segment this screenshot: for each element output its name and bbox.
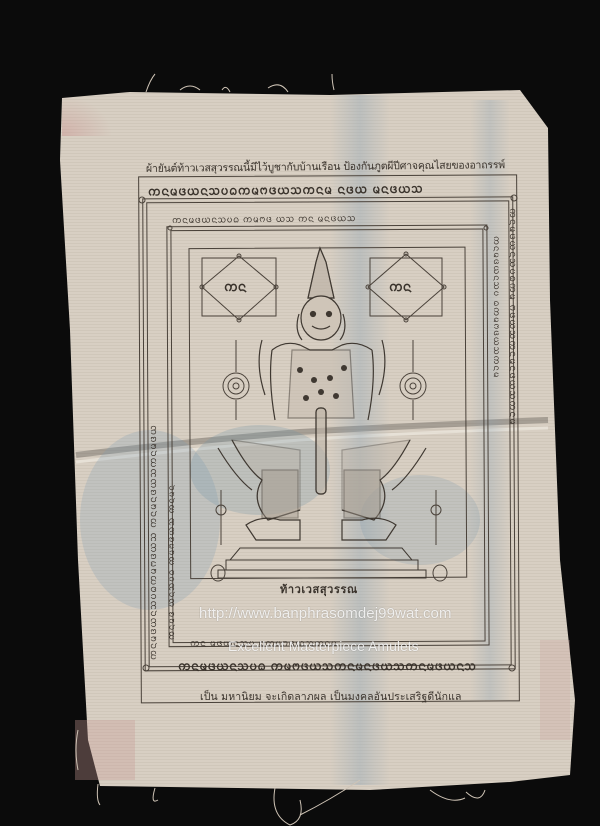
khom-script-bottom: ᨠᨶᨾᨴᨿᨶᩈᨷᨵ ᨠᨾᨻᨴᨿᩈᨠᨶᨾᨶᨴᨿᩈᨠᨶᨾᨴᨿᨶᩈ [178, 658, 476, 677]
yantra-left-label: ᨠᨶ [224, 277, 246, 298]
yantra-right-label: ᨠᨶ [389, 277, 411, 298]
figure-name: ท้าวเวสสุวรรณ [280, 580, 358, 598]
khom-script-inner-top: ᨠᨶᨾᨴᨿᨶᩈᨷᨵ ᨠᨾᨻᨴ ᨿᩈ ᨠᨶ ᨾᨶᨴᨿᩈ [172, 211, 356, 228]
caption-bottom: เป็น มหานิยม จะเกิดลาภผล เป็นมงคลอันประเ… [200, 688, 461, 705]
watermark-url: http://www.banphrasomdej99wat.com [199, 605, 452, 622]
watermark-brand: Excellent Masterpiece Amulets [228, 638, 419, 654]
photo-scene: ผ้ายันต์ท้าวเวสสุวรรณนี้มีไว้บูชากับบ้าน… [0, 0, 600, 826]
khom-script-right-inner: ᨠᨶᨾᨴᨿᨶᩈᨷ ᨵᨠᨾᨻᨴᨿᩈᨠᨶᨾ [489, 236, 502, 378]
khom-script-right-outer: ᨠᨶᨾᨴᨿᨶᩈᨷᨵᨠᨾ ᨻᨴᨿᩈᨠᨶᨾᨶᨴᨿᩈᨠᨶᨾ [505, 208, 520, 426]
khom-script-left-inner: ᨠᨶᨾᨴ ᨿᨶᩈᨷᨵ ᨠᨾᨻᨴᨿᩈ ᨠᨶᨾᨶ [166, 484, 179, 640]
khom-script-top: ᨠᨶᨾᨴᨿᨶᩈᨷᨵᨠᨾᨻᨴᨿᩈᨠᨶᨾ ᨶᨴᨿ ᨾᨶᨴᨿᩈ [148, 181, 423, 203]
khom-script-left-outer: ᨠᨶᨾᨴᨿᨶᩈᨷᨵᨠᨾᨻᨴᨿᩈ ᨠᨶᨾᨶᨴᨿᩈᨠᨶᨾᨴᨿ [146, 424, 161, 660]
